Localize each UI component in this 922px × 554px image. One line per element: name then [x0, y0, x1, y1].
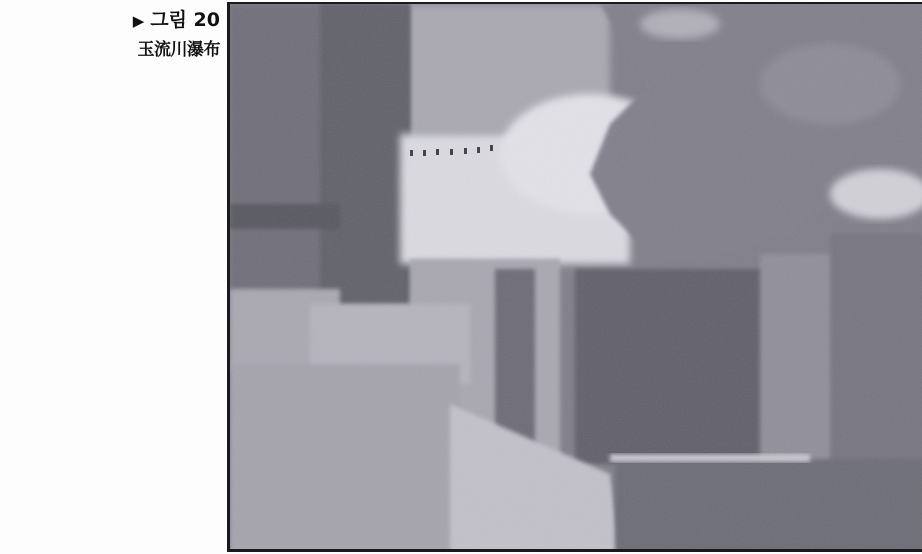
figure-caption: ▶그림 20 玉流川瀑布 [98, 6, 220, 63]
figure-title: 玉流川瀑布 [98, 37, 220, 63]
figure-photo [227, 2, 922, 552]
figure-number: 그림 20 [150, 9, 220, 31]
triangle-marker-icon: ▶ [133, 12, 145, 30]
figure-label-line: ▶그림 20 [98, 6, 220, 35]
waterfall-photo-image [230, 4, 922, 552]
